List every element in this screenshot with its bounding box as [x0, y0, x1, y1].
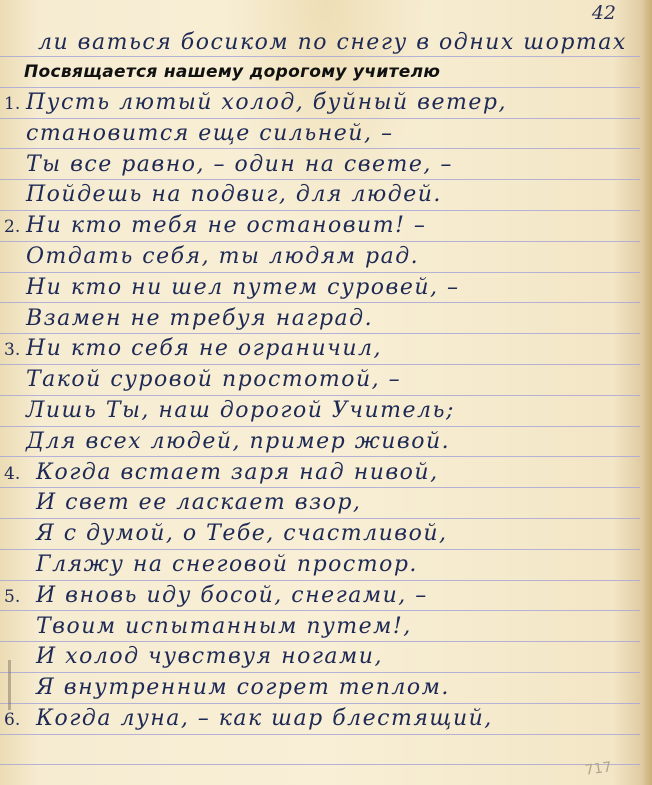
- rule-line: [0, 518, 640, 519]
- poem-line-text: становится еще сильней, –: [26, 121, 393, 146]
- poem-line: Ты все равно, – один на свете, –: [26, 152, 453, 177]
- rule-line: [0, 456, 640, 457]
- stanza-number: 4.: [4, 464, 36, 484]
- poem-line-text: Ни кто тебя не остановит! –: [26, 213, 426, 238]
- poem-line: Твоим испытанным путем!,: [36, 614, 412, 639]
- rule-line: [0, 241, 640, 242]
- rule-line: [0, 703, 640, 704]
- poem-line-text: Такой суровой простотой, –: [26, 367, 401, 392]
- poem-line: 3.Ни кто себя не ограничил,: [4, 336, 382, 361]
- poem-line: Гляжу на снеговой простор.: [36, 552, 418, 577]
- poem-line: 1.Пусть лютый холод, буйный ветер,: [4, 90, 507, 115]
- rule-line: [0, 426, 640, 427]
- rule-line: [0, 272, 640, 273]
- rule-line: [0, 56, 640, 57]
- poem-line-text: Ни кто себя не ограничил,: [26, 336, 382, 361]
- rule-line: [0, 333, 640, 334]
- poem-line: И свет ее ласкает взор,: [36, 490, 361, 515]
- stanza-number: 5.: [4, 587, 36, 607]
- rule-line: [0, 734, 640, 735]
- poem-line: 2.Ни кто тебя не остановит! –: [4, 213, 426, 238]
- stanza-number: 2.: [4, 217, 26, 237]
- rule-line: [0, 549, 640, 550]
- poem-line: Отдать себя, ты людям рад.: [26, 244, 419, 269]
- rule-line: [0, 87, 640, 88]
- corner-mark: 717: [584, 759, 613, 779]
- poem-line: Взамен не требуя наград.: [26, 306, 373, 331]
- poem-line: Лишь Ты, наш дорогой Учитель;: [26, 398, 455, 423]
- rule-line: [0, 610, 640, 611]
- rule-line: [0, 118, 640, 119]
- poem-line: Для всех людей, пример живой.: [26, 429, 450, 454]
- poem-line-text: И свет ее ласкает взор,: [36, 490, 361, 515]
- rule-line: [0, 148, 640, 149]
- poem-line-text: Ты все равно, – один на свете, –: [26, 152, 453, 177]
- poem-line: Ни кто ни шел путем суровей, –: [26, 275, 460, 300]
- rule-line: [0, 302, 640, 303]
- poem-line-text: Я внутренним согрет теплом.: [36, 675, 450, 700]
- poem-line: становится еще сильней, –: [26, 121, 393, 146]
- notebook-page: 42 ли ваться босиком по снегу в одних шо…: [0, 0, 652, 785]
- continuation-line: ли ваться босиком по снегу в одних шорта…: [38, 30, 627, 55]
- poem-line: И холод чувствуя ногами,: [36, 644, 383, 669]
- rule-line: [0, 210, 640, 211]
- poem-line: Я с думой, о Тебе, счастливой,: [36, 521, 447, 546]
- page-edge: [642, 0, 652, 785]
- rule-line: [0, 179, 640, 180]
- margin-crease: [8, 660, 11, 710]
- rule-line: [0, 672, 640, 673]
- rule-line: [0, 580, 640, 581]
- stanza-number: 6.: [4, 710, 36, 730]
- poem-line-text: И холод чувствуя ногами,: [36, 644, 383, 669]
- poem-line-text: Взамен не требуя наград.: [26, 306, 373, 331]
- rule-line: [0, 487, 640, 488]
- poem-line: Я внутренним согрет теплом.: [36, 675, 450, 700]
- poem-line-text: Лишь Ты, наш дорогой Учитель;: [26, 398, 455, 423]
- poem-line: 4.Когда встает заря над нивой,: [4, 460, 439, 485]
- poem-line-text: Твоим испытанным путем!,: [36, 614, 412, 639]
- poem-line-text: Я с думой, о Тебе, счастливой,: [36, 521, 447, 546]
- poem-line: 5.И вновь иду босой, снегами, –: [4, 583, 428, 608]
- poem-line: 6.Когда луна, – как шар блестящий,: [4, 706, 493, 731]
- rule-line: [0, 395, 640, 396]
- stanza-number: 1.: [4, 94, 26, 114]
- rule-line: [0, 764, 640, 765]
- poem-line-text: Для всех людей, пример живой.: [26, 429, 450, 454]
- stanza-number: 3.: [4, 340, 26, 360]
- page-number: 42: [592, 2, 616, 24]
- poem-line-text: Когда луна, – как шар блестящий,: [36, 706, 493, 731]
- rule-line: [0, 641, 640, 642]
- poem-line-text: Когда встает заря над нивой,: [36, 460, 439, 485]
- poem-line-text: Отдать себя, ты людям рад.: [26, 244, 419, 269]
- poem-line-text: Ни кто ни шел путем суровей, –: [26, 275, 460, 300]
- poem-line: Пойдешь на подвиг, для людей.: [26, 182, 442, 207]
- poem-line-text: Гляжу на снеговой простор.: [36, 552, 418, 577]
- poem-line-text: Пойдешь на подвиг, для людей.: [26, 182, 442, 207]
- poem-line-text: Пусть лютый холод, буйный ветер,: [26, 90, 507, 115]
- poem-line-text: И вновь иду босой, снегами, –: [36, 583, 428, 608]
- poem-line: Такой суровой простотой, –: [26, 367, 401, 392]
- dedication-heading: Посвящается нашему дорогому учителю: [24, 62, 440, 82]
- rule-line: [0, 364, 640, 365]
